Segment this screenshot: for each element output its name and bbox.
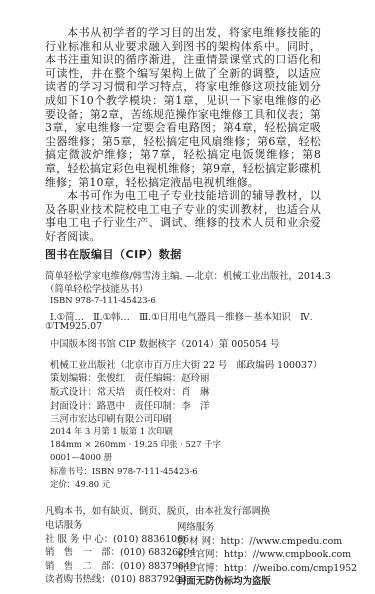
intro-paragraph-2: 本书可作为电工电子专业技能培训的辅导教材，以及各职业技术院校电工电子专业的实训教… — [45, 189, 321, 243]
phone-row-reader-hotline: 读者购书热线：(010) 88379203 — [45, 571, 187, 585]
cip-number: 中国版本图书馆 CIP 数据核字（2014）第 005054 号 — [50, 336, 279, 350]
phone-service-heading: 电话服务 — [45, 517, 83, 531]
cover-design-line: 封面设计：路恩中 责任印制：李 洋 — [50, 398, 209, 412]
phone-row-sales-2: 销 售 二 部：(010) 88379649 — [45, 558, 196, 572]
cip-classification-2: ①TM925.07 — [45, 321, 102, 332]
cip-title-line: 简单轻松学家电维修/韩雪涛主编. —北京：机械工业出版社，2014.3 — [45, 268, 331, 282]
phone-label: 销 售 一 部： — [45, 544, 120, 558]
phone-row-service-center: 社 服 务 中 心：(010) 88361066 — [45, 531, 189, 545]
copyright-page: 本书从初学者的学习目的出发，将家电维修技能的行业标准和从业要求融入到图书的架构体… — [0, 0, 375, 594]
printer-line: 三河市宏达印刷有限公司印刷 — [50, 411, 172, 425]
web-row-official-weibo: 机工官博：http：//weibo.com/cmp1952 — [177, 560, 357, 574]
phone-row-sales-1: 销 售 一 部：(010) 68326294 — [45, 544, 196, 558]
edition-line: 2014 年 3 月第 1 版第 1 次印刷 — [50, 425, 173, 437]
phone-label: 社 服 务 中 心： — [45, 531, 113, 545]
layout-design-line: 版式设计：常天培 责任校对：肖 琳 — [50, 384, 209, 398]
price-line: 定价：49.80 元 — [50, 478, 110, 490]
intro-paragraph-1: 本书从初学者的学习目的出发，将家电维修技能的行业标准和从业要求融入到图书的架构体… — [45, 26, 321, 189]
phone-label: 销 售 二 部： — [45, 558, 120, 572]
format-line: 184mm × 260mm · 19.25 印张 · 527 千字 — [50, 438, 221, 450]
web-service-heading: 网络服务 — [177, 519, 215, 533]
book-introduction: 本书从初学者的学习目的出发，将家电维修技能的行业标准和从业要求融入到图书的架构体… — [45, 26, 321, 244]
web-row-textbook-site: 教 材 网：http：//www.cmpedu.com — [177, 533, 342, 547]
phone-label: 读者购书热线： — [45, 571, 111, 585]
cip-heading: 图书在版编目（CIP）数据 — [45, 246, 182, 262]
defect-exchange-notice: 凡购本书，如有缺页、倒页、脱页，由本社发行部调换 — [45, 503, 270, 517]
cip-series: （简单轻松学技能丛书） — [45, 281, 148, 295]
phone-number: (010) 88379203 — [111, 574, 187, 585]
anti-piracy-notice: 封面无防伪标均为盗版 — [177, 573, 271, 587]
planning-editor-line: 策划编辑：张俊红 责任编辑：赵玲丽 — [50, 370, 209, 384]
web-label: 机工官网： — [177, 549, 224, 560]
cip-isbn: ISBN 978-7-111-45423-6 — [50, 295, 156, 305]
standard-number-line: 标准书号：ISBN 978-7-111-45423-6 — [50, 465, 198, 477]
web-link[interactable]: http：//www.cmpbook.com — [224, 549, 351, 560]
publisher-line: 机械工业出版社（北京市百万庄大街 22 号 邮政编码 100037） — [50, 357, 322, 371]
web-row-official-site: 机工官网：http：//www.cmpbook.com — [177, 546, 351, 560]
print-run-line: 0001—4000 册 — [50, 451, 112, 463]
